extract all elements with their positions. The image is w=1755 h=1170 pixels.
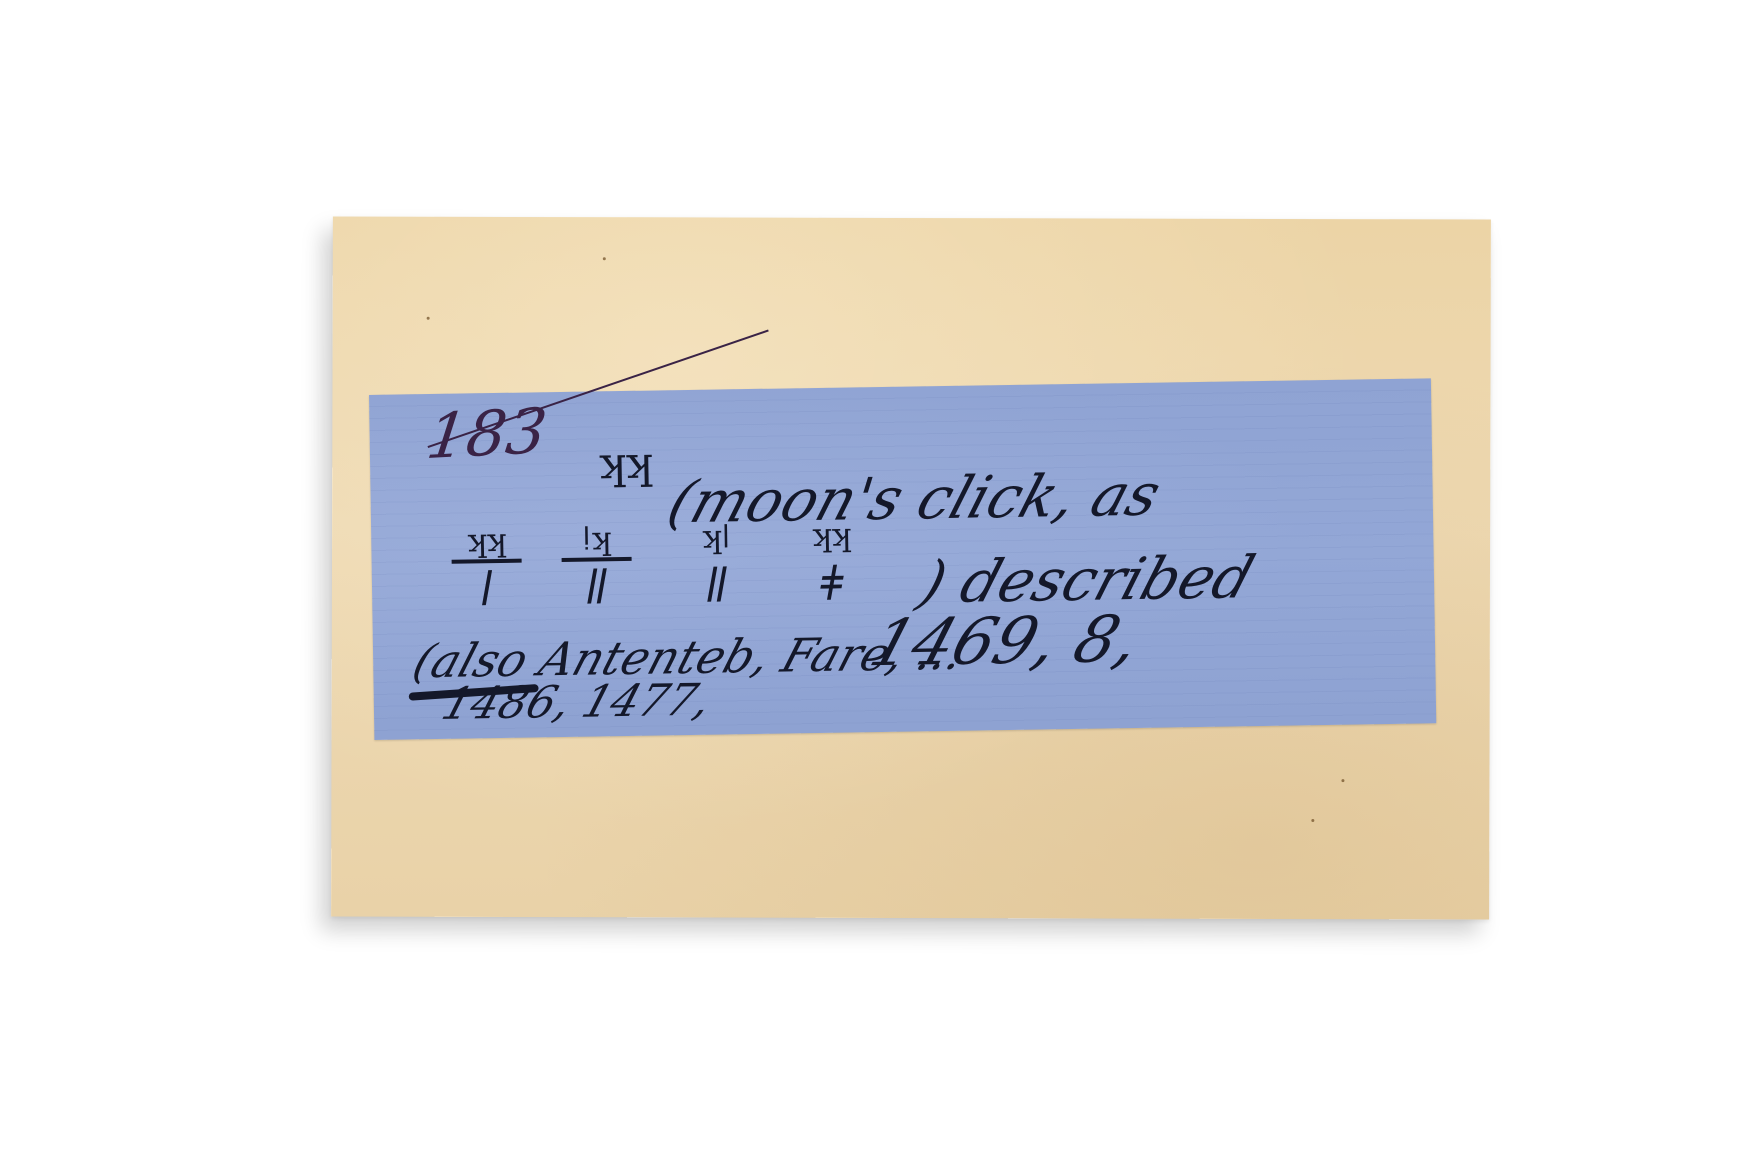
paper-speck	[1311, 819, 1314, 822]
paper-speck	[1341, 779, 1344, 782]
click-fraction-1: ʞʞ ǀ	[451, 523, 522, 614]
page-references: 1469, 8,	[862, 603, 1149, 682]
paper-speck	[427, 317, 430, 320]
header-click-symbol: ʞʞ	[590, 440, 661, 489]
click-fraction-4: ʞʞ ǂ	[791, 517, 872, 608]
catalog-number: 183	[423, 394, 551, 473]
paper-speck	[603, 257, 606, 260]
click-fraction-2: ǃʞ ǁ	[561, 521, 632, 612]
blue-paper-slip: 183 ʞʞ (moon's click, as ʞʞ ǀ ǃʞ ǁ ʞǀ ǁ …	[369, 378, 1436, 740]
description-line-4: 1486, 1477,	[436, 675, 718, 730]
click-fraction-3: ʞǀ ǁ	[681, 519, 752, 610]
